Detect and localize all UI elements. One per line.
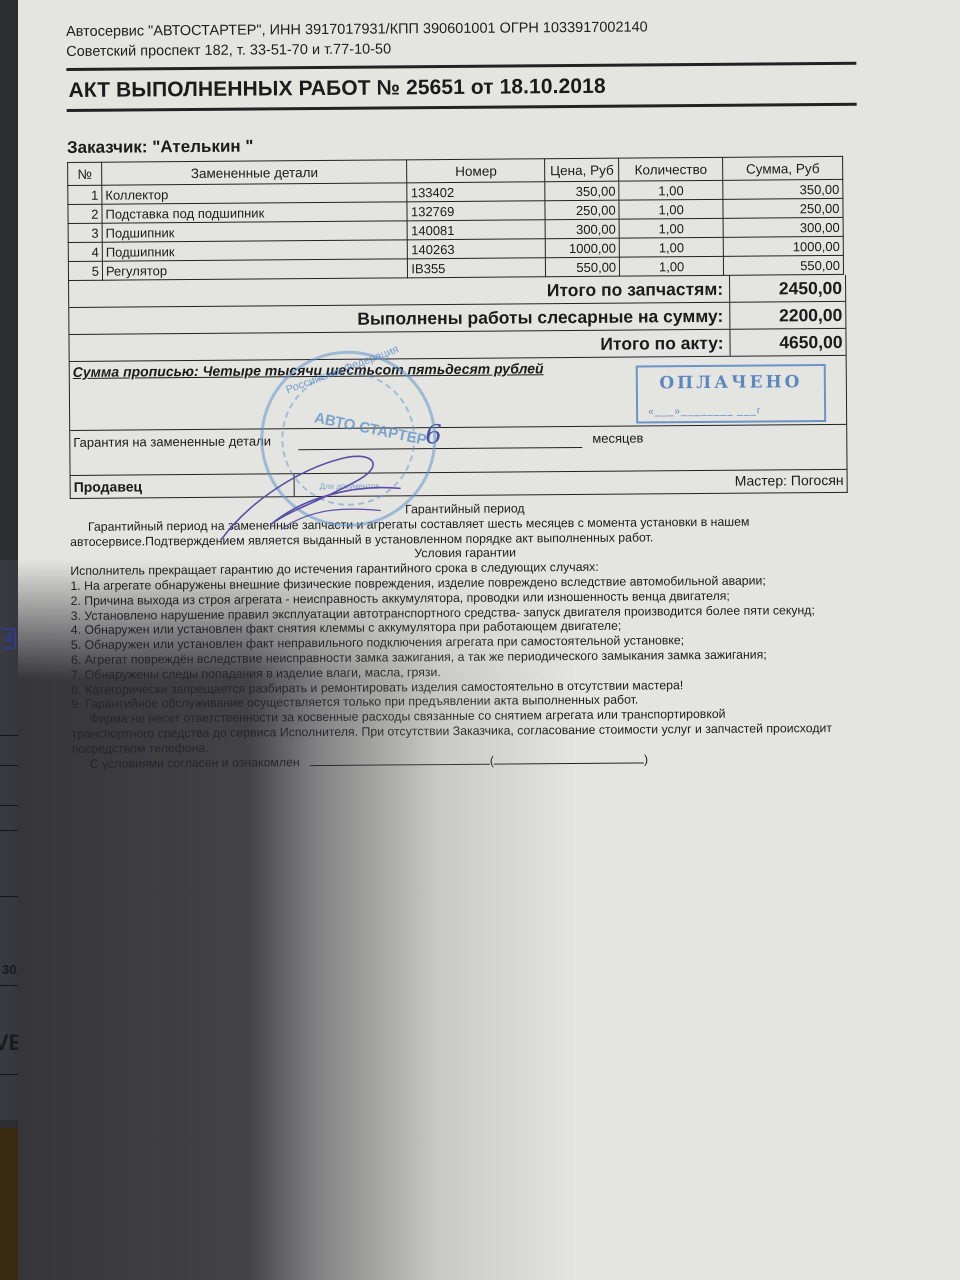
column-header: Количество bbox=[619, 157, 723, 181]
warranty-terms: Гарантийный период Гарантийный период на… bbox=[70, 499, 862, 772]
part-code: 132769 bbox=[407, 201, 545, 221]
part-quantity: 1,00 bbox=[619, 237, 723, 257]
paid-stamp: ОПЛАЧЕНО «___»________ ___г bbox=[636, 364, 826, 423]
part-quantity: 1,00 bbox=[619, 180, 723, 200]
document-title: АКТ ВЫПОЛНЕННЫХ РАБОТ № 25651 от 18.10.2… bbox=[68, 73, 856, 103]
part-sum: 1000,00 bbox=[723, 236, 843, 256]
paid-stamp-text: ОПЛАЧЕНО bbox=[638, 372, 824, 393]
parts-total-value: 2450,00 bbox=[730, 275, 845, 302]
row-number: 2 bbox=[68, 204, 102, 223]
divider bbox=[67, 103, 857, 112]
part-sum: 350,00 bbox=[723, 179, 843, 199]
part-quantity: 1,00 bbox=[619, 218, 723, 238]
customer-name: Заказчик: "Ателькин " bbox=[67, 132, 857, 158]
warranty-row: Гарантия на замененные детали 6 месяцев bbox=[70, 424, 846, 475]
document-content: Автосервис "АВТОСТАРТЕР", ИНН 3917017931… bbox=[66, 16, 862, 772]
row-number: 1 bbox=[68, 185, 102, 204]
part-price: 350,00 bbox=[545, 181, 619, 201]
table-surface bbox=[0, 1128, 18, 1280]
labor-total-label: Выполнены работы слесарные на сумму: bbox=[69, 303, 730, 334]
column-header: Цена, Руб bbox=[545, 158, 619, 182]
part-quantity: 1,00 bbox=[620, 256, 724, 276]
divider bbox=[66, 62, 856, 71]
column-header: Замененные детали bbox=[102, 160, 408, 185]
parts-total-label: Итого по запчастям: bbox=[69, 276, 730, 307]
stamp-small-text: Для документов bbox=[320, 482, 380, 491]
part-sum: 550,00 bbox=[723, 255, 843, 275]
amount-in-words-block: Сумма прописью: Четыре тысячи шестьсот п… bbox=[70, 355, 847, 430]
part-name: Коллектор bbox=[102, 183, 408, 204]
part-code: 140081 bbox=[408, 220, 546, 240]
part-price: 1000,00 bbox=[545, 238, 619, 258]
part-name: Подшипник bbox=[102, 221, 408, 242]
seller-label: Продавец bbox=[71, 474, 295, 498]
document-sheet: Автосервис "АВТОСТАРТЕР", ИНН 3917017931… bbox=[18, 0, 960, 1280]
column-header: № bbox=[68, 162, 102, 185]
part-price: 300,00 bbox=[545, 219, 619, 239]
paid-stamp-date: «___»________ ___г bbox=[648, 405, 814, 417]
grand-total-value: 4650,00 bbox=[730, 329, 845, 356]
part-name: Подшипник bbox=[102, 240, 408, 261]
part-code: 140263 bbox=[408, 239, 546, 259]
name-blank bbox=[494, 762, 644, 764]
part-sum: 300,00 bbox=[723, 217, 843, 237]
round-company-stamp: Российская Федерация АВТО СТАРТЕР Для до… bbox=[260, 350, 437, 527]
column-header: Сумма, Руб bbox=[723, 156, 843, 180]
warranty-label: Гарантия на замененные детали bbox=[73, 433, 271, 450]
part-price: 250,00 bbox=[545, 200, 619, 220]
part-sum: 250,00 bbox=[723, 198, 843, 218]
row-number: 3 bbox=[68, 223, 102, 242]
part-code: IB355 bbox=[408, 258, 546, 278]
part-name: Подставка под подшипник bbox=[102, 202, 408, 223]
part-quantity: 1,00 bbox=[619, 199, 723, 219]
labor-total-value: 2200,00 bbox=[730, 302, 845, 329]
parts-table: № Замененные детали Номер Цена, Руб Коли… bbox=[67, 156, 844, 281]
row-number: 4 bbox=[68, 242, 102, 261]
row-number: 5 bbox=[68, 261, 102, 280]
part-name: Регулятор bbox=[102, 259, 408, 280]
signature-blank bbox=[310, 763, 490, 765]
partial-stamp-fragment: 4 bbox=[2, 628, 16, 649]
summary-block: Итого по запчастям: 2450,00 Выполнены ра… bbox=[68, 275, 848, 499]
part-code: 133402 bbox=[407, 182, 545, 202]
agreement-label: С условиями согласен и ознакомлен bbox=[90, 755, 300, 771]
column-header: Номер bbox=[407, 159, 545, 183]
warranty-unit: месяцев bbox=[592, 430, 643, 445]
part-price: 550,00 bbox=[546, 257, 620, 277]
